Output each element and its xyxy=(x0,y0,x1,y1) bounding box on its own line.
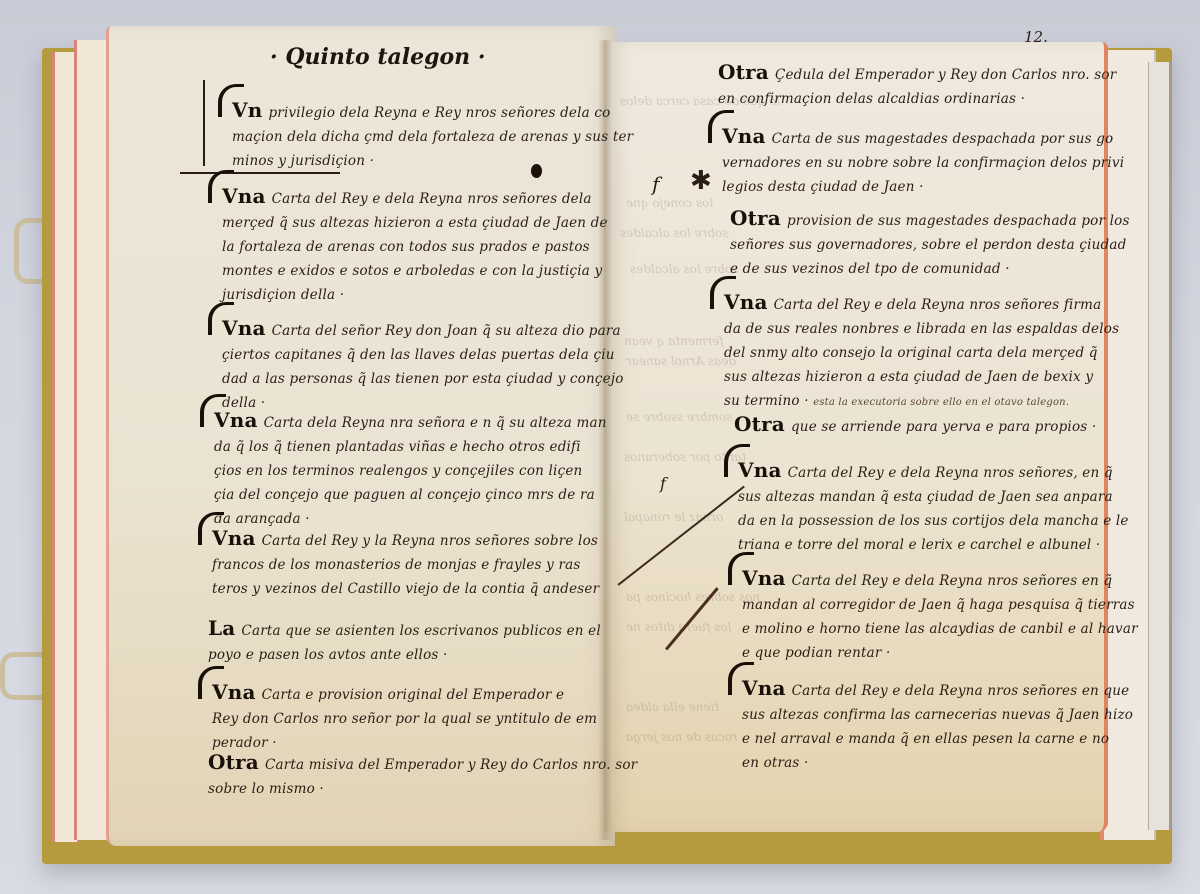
entry-right-4: VnaCarta del Rey e dela Reyna nros señor… xyxy=(724,290,1119,415)
entry-right-2: VnaCarta de sus magestades despachada po… xyxy=(722,124,1124,199)
initial-swash xyxy=(200,394,226,427)
bleed-through-text: rocas de nos jerga xyxy=(626,730,738,744)
initial-swash xyxy=(198,666,224,699)
entry-left-7: VnaCarta e provision original del Empera… xyxy=(212,680,597,755)
bleed-through-text: sobre los alcaldes xyxy=(630,262,738,276)
annotation-note: esta la executoria sobre ello en el otav… xyxy=(813,397,1069,408)
initial-swash xyxy=(728,662,754,695)
initial-swash xyxy=(198,512,224,545)
page-edges-right-outer xyxy=(1148,62,1171,830)
entry-left-1: Vnprivilegio dela Reyna e Rey nros señor… xyxy=(232,98,633,173)
entry-left-8: OtraCarta misiva del Emperador y Rey do … xyxy=(208,750,637,801)
asterisk-mark-icon: ✱ xyxy=(690,166,712,196)
entry-left-6: LaCarta que se asienten los escrivanos p… xyxy=(208,616,601,667)
entry-left-3: VnaCarta del señor Rey don Joan q̃ su al… xyxy=(222,316,624,415)
folio-number: 12. xyxy=(1024,28,1048,46)
initial-swash xyxy=(724,444,750,477)
initial-swash xyxy=(708,110,734,143)
bleed-through-text: tiene ella aldea xyxy=(626,700,719,714)
entry-right-7: VnaCarta del Rey e dela Reyna nros señor… xyxy=(742,566,1138,665)
entry-left-2: VnaCarta del Rey e dela Reyna nros señor… xyxy=(222,184,608,307)
entry-left-4: VnaCarta dela Reyna nra señora e n q̃ su… xyxy=(214,408,607,531)
binding-tie-bottom xyxy=(0,652,47,700)
margin-mark-f-lower: f xyxy=(660,474,666,493)
bleed-through-text: nos sobres hocinos pa xyxy=(626,590,760,604)
page-edges-left-inner xyxy=(74,40,109,840)
bleed-through-text: fermenta q vean xyxy=(624,334,724,348)
entry-right-8: VnaCarta del Rey e dela Reyna nros señor… xyxy=(742,676,1133,775)
initial-swash xyxy=(728,552,754,585)
bleed-through-text: sobre los alcaldes xyxy=(620,226,728,240)
title-text: Quinto talegon xyxy=(285,44,470,70)
entry-right-1: OtraÇedula del Emperador y Rey don Carlo… xyxy=(718,60,1116,111)
initial-swash xyxy=(208,302,234,335)
page-title: · Quinto talegon · xyxy=(270,44,486,70)
margin-bracket xyxy=(203,80,205,166)
initial-swash xyxy=(208,170,234,203)
bleed-through-text: los conejo qne xyxy=(626,196,713,210)
entry-right-3: Otraprovision de sus magestades despacha… xyxy=(730,206,1130,281)
entry-right-6: VnaCarta del Rey e dela Reyna nros señor… xyxy=(738,458,1129,557)
bleed-through-text: sombre ssobre se xyxy=(626,410,732,424)
bleed-through-text: deas Arnol sanear xyxy=(626,354,736,368)
manuscript-photo: lo que do casa cerca delos los conejo qn… xyxy=(0,0,1200,894)
entry-right-5: Otraque se arriende para yerva e para pr… xyxy=(734,412,1096,439)
margin-mark-f: f xyxy=(652,172,659,196)
entry-left-5: VnaCarta del Rey y la Reyna nros señores… xyxy=(212,526,599,601)
initial-swash xyxy=(710,276,736,309)
initial-swash xyxy=(218,84,244,117)
